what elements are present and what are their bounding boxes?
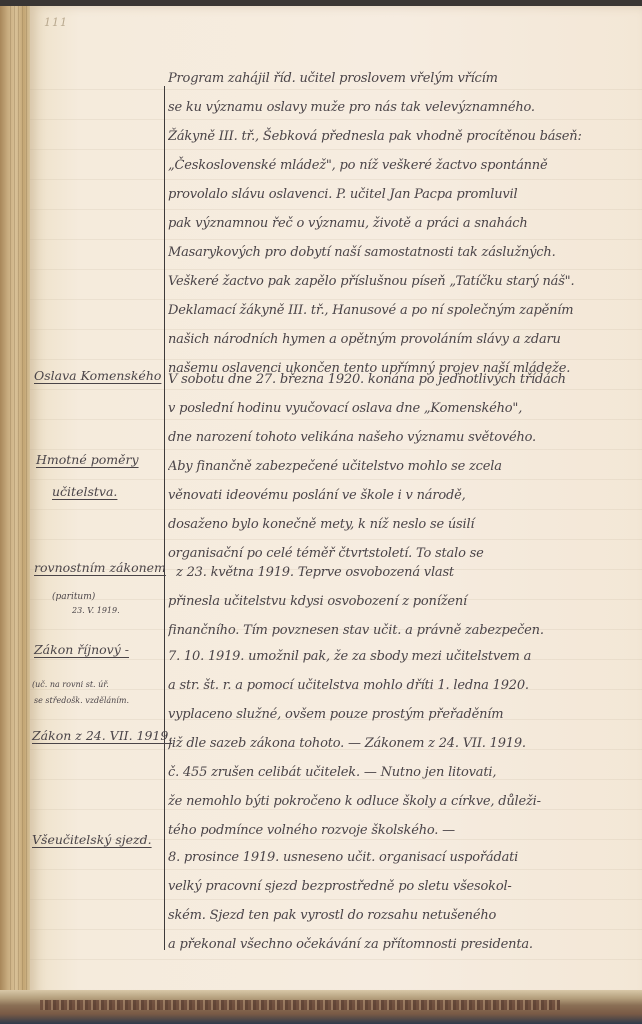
- body-line: 8. prosince 1919. usneseno učit. organis…: [168, 843, 638, 873]
- body-line: vyplaceno služné, ovšem pouze prostým př…: [168, 700, 638, 730]
- body-line: Deklamací žákyně III. tř., Hanusové a po…: [168, 296, 638, 326]
- body-line: velký pracovní sjezd bezprostředně po sl…: [168, 872, 638, 902]
- page-number: 111: [44, 16, 68, 29]
- margin-note-zakon-detail-1: (uč. na rovni st. úř.: [32, 680, 109, 689]
- margin-note-paritum-date: 23. V. 1919.: [72, 606, 120, 615]
- body-line: 7. 10. 1919. umožnil pak, že za sbody me…: [168, 642, 638, 672]
- body-line: že nemohlo býti pokročeno k odluce školy…: [168, 787, 638, 817]
- body-line: se ku významu oslavy muže pro nás tak ve…: [168, 93, 638, 123]
- body-line: provolalo slávu oslavenci. P. učitel Jan…: [168, 180, 638, 210]
- margin-note-hmotne-pomery: Hmotné poměry: [36, 452, 139, 467]
- margin-note-oslava-komenskeho: Oslava Komenského: [34, 368, 161, 383]
- body-line: Program zahájil říd. učitel proslovem vř…: [168, 64, 638, 94]
- body-line: věnovati ideovému poslání ve škole i v n…: [168, 481, 638, 511]
- body-line: ském. Sjezd ten pak vyrostl do rozsahu n…: [168, 901, 638, 931]
- body-line: č. 455 zrušen celibát učitelek. — Nutno …: [168, 758, 638, 788]
- body-line: a překonal všechno očekávání za přítomno…: [168, 930, 638, 960]
- body-line: a str. št. r. a pomocí učitelstva mohlo …: [168, 671, 638, 701]
- page-stack-lines: [10, 0, 32, 1024]
- body-line: Žákyně III. tř., Šebková přednesla pak v…: [168, 122, 638, 152]
- body-line: dne narození tohoto velikána našeho význ…: [168, 423, 638, 453]
- body-line: v poslední hodinu vyučovací oslava dne „…: [168, 394, 638, 424]
- margin-note-zakon-24-vii-1919: Zákon z 24. VII. 1919.: [32, 728, 172, 743]
- body-line: dosaženo bylo konečně mety, k níž neslo …: [168, 510, 638, 540]
- body-line: Veškeré žactvo pak zapělo příslušnou pís…: [168, 267, 638, 297]
- body-line: již dle sazeb zákona tohoto. — Zákonem z…: [168, 729, 638, 759]
- margin-note-rovnostnim-zakonem: rovnostním zákonem: [34, 560, 166, 575]
- body-line: tého podmínce volného rozvoje školského.…: [168, 816, 638, 846]
- body-line: Aby finančně zabezpečené učitelstvo mohl…: [168, 452, 638, 482]
- body-line: z 23. května 1919. Teprve osvobozená vla…: [176, 558, 642, 588]
- margin-note-zakon-detail-2: se středošk. vzděláním.: [34, 696, 129, 705]
- margin-note-vseucitelsky-sjezd: Všeučitelský sjezd.: [32, 832, 152, 847]
- margin-divider-line: [164, 86, 165, 950]
- body-line: V sobotu dne 27. března 1920. konána po …: [168, 365, 638, 395]
- marbled-edge: [40, 1000, 560, 1010]
- body-line: Masarykových pro dobytí naší samostatnos…: [168, 238, 638, 268]
- margin-note-zakon-rijnovy: Zákon říjnový -: [34, 642, 129, 657]
- margin-note-paritum: (paritum): [52, 592, 95, 602]
- body-line: „Československé mládež", po níž veškeré …: [168, 151, 638, 181]
- margin-note-ucitelstva: učitelstva.: [52, 484, 117, 499]
- body-line: našich národních hymen a opětným provolá…: [168, 325, 638, 355]
- body-line: pak významnou řeč o významu, životě a pr…: [168, 209, 638, 239]
- body-line: přinesla učitelstvu kdysi osvobození z p…: [168, 587, 638, 617]
